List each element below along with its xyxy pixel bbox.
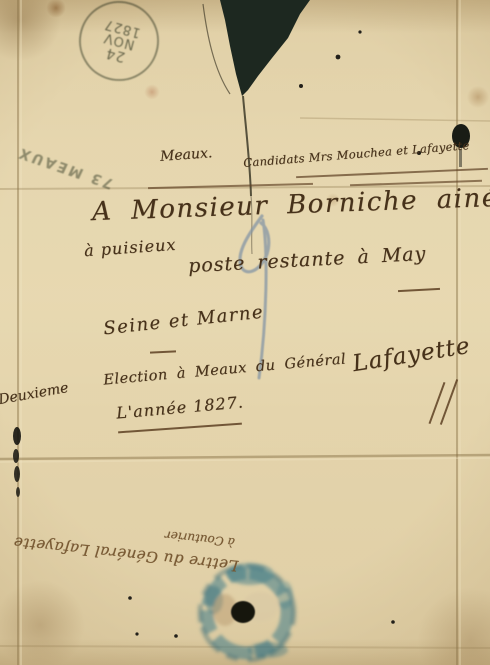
- seal-hole: [231, 601, 255, 623]
- letter-photo: 24 NOV 1827 73 MEAUX Meaux. Candidats Mr…: [0, 0, 490, 665]
- inverted-line-2: à Couturier: [164, 528, 235, 549]
- postage-due-4-mark: [240, 216, 269, 378]
- paper-blemishes: [0, 0, 490, 665]
